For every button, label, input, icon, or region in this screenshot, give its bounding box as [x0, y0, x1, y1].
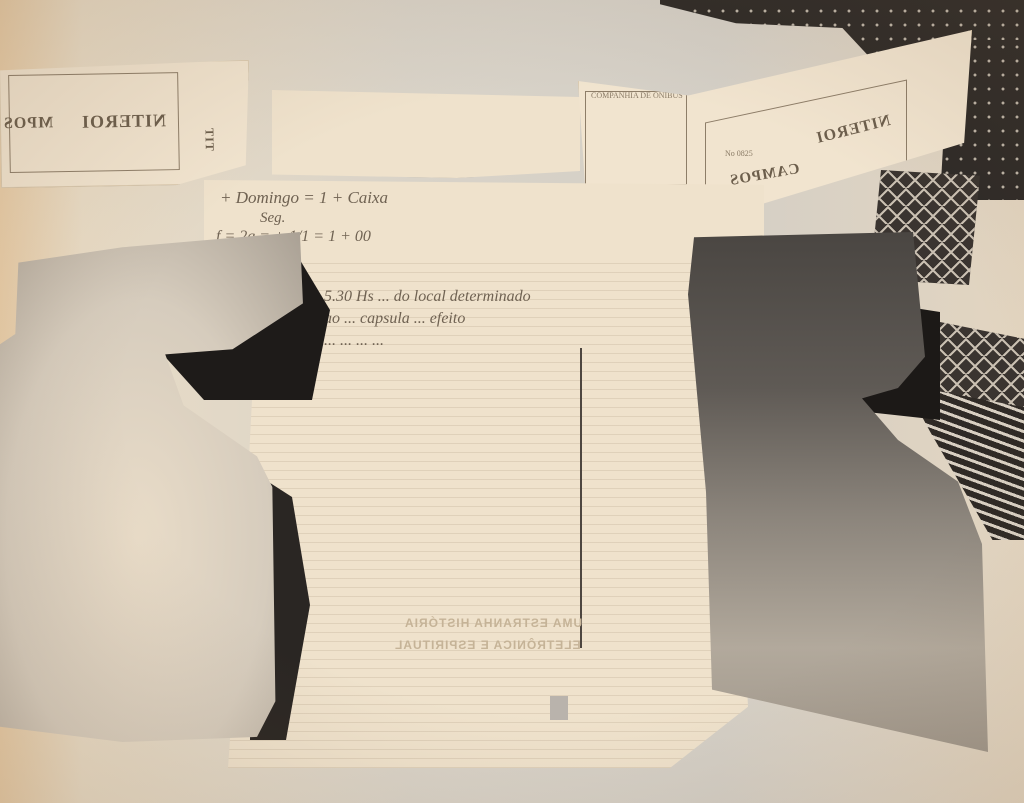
torn-paper-blank [272, 90, 580, 178]
note-line: Seg. [260, 210, 285, 227]
photograph: NITEROI MPOS TIT COMPANHIA DE ONIBUS NIT… [0, 0, 1024, 803]
ticket-destination: NITEROI [81, 110, 166, 132]
print-block [550, 696, 568, 720]
fold-line [580, 348, 582, 648]
ticket-side-text: TIT [201, 127, 216, 151]
note-line: 5.30 Hs ... do local determinado [324, 288, 531, 306]
note-line: + Domingo = 1 + Caixa [220, 188, 388, 208]
note-line: ... ... ... ... [324, 332, 384, 350]
mirrored-headline: ELETRÔNICA E ESPIRITUAL [394, 638, 581, 652]
ticket-header: COMPANHIA DE ONIBUS [591, 91, 683, 100]
fragment-left [0, 232, 306, 742]
note-line: ao ... capsula ... efeito [324, 310, 465, 328]
ticket-number: No 0825 [725, 149, 753, 158]
bus-ticket-left: NITEROI MPOS TIT [0, 60, 251, 188]
fragment-right [688, 232, 988, 752]
ticket-origin: MPOS [3, 114, 54, 133]
mirrored-headline: UMA ESTRANHA HISTÓRIA [404, 616, 582, 630]
